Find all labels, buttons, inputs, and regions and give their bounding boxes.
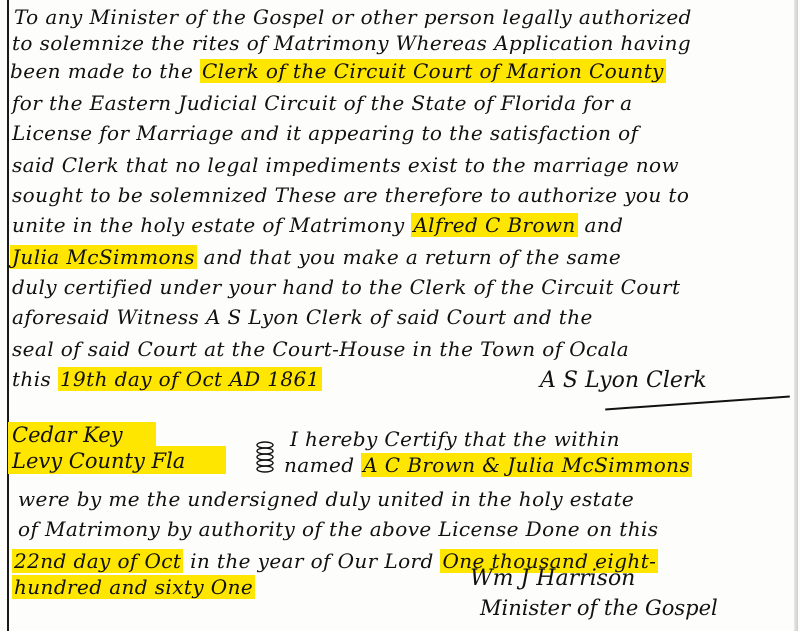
highlighted-text: Clerk of the Circuit Court of Marion Cou… bbox=[200, 59, 666, 83]
line-text: to solemnize the rites of Matrimony Wher… bbox=[12, 31, 691, 55]
line-text: in the year of Our Lord bbox=[183, 549, 440, 573]
certificate-place-city: Cedar Key bbox=[12, 421, 123, 449]
certificate-place-county: Levy County Fla bbox=[12, 447, 185, 475]
document-line: of Matrimony by authority of the above L… bbox=[18, 514, 658, 544]
document-line: unite in the holy estate of Matrimony Al… bbox=[12, 210, 623, 240]
line-text: seal of said Court at the Court-House in… bbox=[12, 337, 629, 361]
line-text: of Matrimony by authority of the above L… bbox=[18, 517, 658, 541]
highlighted-text: 19th day of Oct AD 1861 bbox=[58, 367, 322, 391]
document-line: Julia McSimmons and that you make a retu… bbox=[10, 242, 621, 272]
document-line: been made to the Clerk of the Circuit Co… bbox=[10, 56, 666, 86]
document-line: License for Marriage and it appearing to… bbox=[12, 118, 638, 148]
clerk-signature: A S Lyon Clerk bbox=[540, 368, 707, 393]
line-text: said Clerk that no legal impediments exi… bbox=[12, 153, 679, 177]
document-line: were by me the undersigned duly united i… bbox=[18, 484, 634, 514]
document-line: aforesaid Witness A S Lyon Clerk of said… bbox=[12, 302, 593, 332]
line-text: been made to the bbox=[10, 59, 200, 83]
line-text: and bbox=[578, 213, 624, 237]
line-text: License for Marriage and it appearing to… bbox=[12, 121, 638, 145]
document-line: said Clerk that no legal impediments exi… bbox=[12, 150, 679, 180]
left-margin-rule bbox=[7, 0, 9, 631]
highlighted-text: 22nd day of Oct bbox=[12, 549, 183, 573]
highlighted-text: A C Brown & Julia McSimmons bbox=[361, 453, 692, 477]
highlighted-text: hundred and sixty One bbox=[12, 575, 255, 599]
minister-signature: Wm J Harrison bbox=[470, 566, 635, 591]
page-edge bbox=[794, 0, 798, 631]
line-text: were by me the undersigned duly united i… bbox=[18, 487, 634, 511]
highlighted-text: Julia McSimmons bbox=[10, 245, 197, 269]
line-text: aforesaid Witness A S Lyon Clerk of said… bbox=[12, 305, 593, 329]
document-line: seal of said Court at the Court-House in… bbox=[12, 334, 629, 364]
highlighted-text: Alfred C Brown bbox=[411, 213, 577, 237]
document-line: named A C Brown & Julia McSimmons bbox=[284, 450, 692, 480]
line-text: sought to be solemnized These are theref… bbox=[12, 183, 689, 207]
line-text: To any Minister of the Gospel or other p… bbox=[14, 5, 692, 29]
document-page: To any Minister of the Gospel or other p… bbox=[0, 0, 800, 631]
line-text: for the Eastern Judicial Circuit of the … bbox=[12, 91, 632, 115]
document-line: hundred and sixty One bbox=[12, 572, 255, 602]
document-line: duly certified under your hand to the Cl… bbox=[12, 272, 680, 302]
clerk-signature-flourish bbox=[605, 396, 790, 411]
line-text: named bbox=[284, 453, 361, 477]
line-text: this bbox=[12, 367, 58, 391]
document-line: sought to be solemnized These are theref… bbox=[12, 180, 689, 210]
line-text: duly certified under your hand to the Cl… bbox=[12, 275, 680, 299]
minister-title: Minister of the Gospel bbox=[480, 596, 718, 620]
line-text: and that you make a return of the same bbox=[197, 245, 621, 269]
seal-scroll-icon bbox=[254, 440, 276, 476]
line-text: I hereby Certify that the within bbox=[290, 427, 620, 451]
document-line: to solemnize the rites of Matrimony Wher… bbox=[12, 28, 691, 58]
document-line: for the Eastern Judicial Circuit of the … bbox=[12, 88, 632, 118]
line-text: unite in the holy estate of Matrimony bbox=[12, 213, 411, 237]
document-line: this 19th day of Oct AD 1861 bbox=[12, 364, 322, 394]
